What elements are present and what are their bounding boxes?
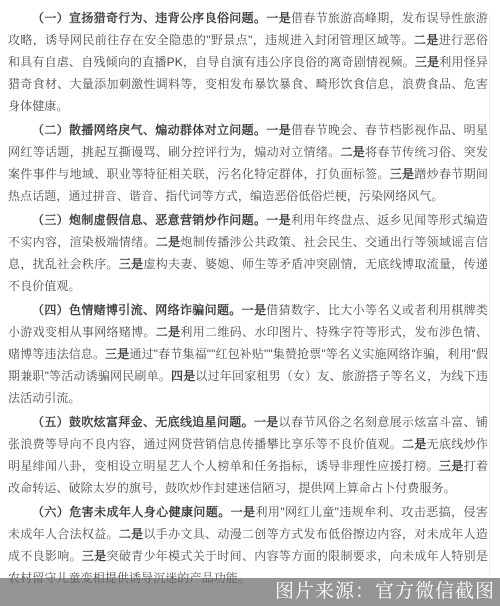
text-segment-bold: 一是 [266,123,291,137]
text-segment-bold: 一是 [266,213,291,227]
paragraph: （三）炮制虚假信息、恶意营销炒作问题。一是利用年终盘点、返乡见闻等形式编造不实内… [8,209,488,297]
text-segment-bold: （三）炮制虚假信息、恶意营销炒作问题。 [32,213,266,227]
text-segment-bold: 三是 [105,347,129,361]
text-segment-bold: （一）宣扬猎奇行为、违背公序良俗问题。 [32,11,266,25]
text-segment-bold: 二是 [340,145,365,159]
text-segment-bold: 三是 [415,55,439,69]
text-segment-bold: （二）散播网络戾气、煽动群体对立问题。 [32,123,266,137]
page-edge-divider [489,15,490,575]
text-segment-bold: 二是 [402,437,427,451]
text-segment-bold: 一是 [242,303,267,317]
text-segment-bold: 二是 [156,235,181,249]
image-source-bar: 图片来源：官方微信截图 [0,578,500,606]
text-segment-bold: 三是 [119,257,144,271]
text-segment-bold: 三是 [390,167,415,181]
paragraph: （二）散播网络戾气、煽动群体对立问题。一是借春节晚会、春节档影视作品、明星网红等… [8,119,488,207]
text-segment-bold: 三是 [82,549,107,563]
text-segment-bold: （五）鼓吹炫富拜金、无底线追星问题。 [32,415,254,429]
text-segment-bold: 四是 [171,369,195,383]
text-segment-bold: 二是 [156,325,181,339]
text-segment-bold: 一是 [254,415,279,429]
text-segment-bold: （四）色情赌博引流、网络诈骗问题。 [32,303,242,317]
paragraph: （五）鼓吹炫富拜金、无底线追星问题。一是以春节风俗之名刻意展示炫富斗富、铺张浪费… [8,411,488,499]
document-page: （一）宣扬猎奇行为、违背公序良俗问题。一是借春节旅游高峰期，发布误导性旅游攻略，… [0,0,500,606]
paragraph: （四）色情赌博引流、网络诈骗问题。一是借猜数字、比大小等名义或者利用棋牌类小游戏… [8,299,488,409]
article-body: （一）宣扬猎奇行为、违背公序良俗问题。一是借春节旅游高峰期，发布误导性旅游攻略，… [0,0,500,589]
text-segment-bold: （六）危害未成年人身心健康问题。 [32,505,231,519]
text-segment-bold: 一是 [266,11,291,25]
text-segment-bold: 二是 [414,33,439,47]
text-segment-bold: 三是 [439,459,464,473]
paragraph: （一）宣扬猎奇行为、违背公序良俗问题。一是借春节旅游高峰期，发布误导性旅游攻略，… [8,7,488,117]
text-segment-bold: 一是 [231,505,256,519]
text-segment-bold: 二是 [119,527,144,541]
paragraph: （六）危害未成年人身心健康问题。一是利用"网红儿童"违规牟利、攻击恶搞，侵害未成… [8,501,488,589]
image-source-caption: 图片来源：官方微信截图 [275,578,495,606]
